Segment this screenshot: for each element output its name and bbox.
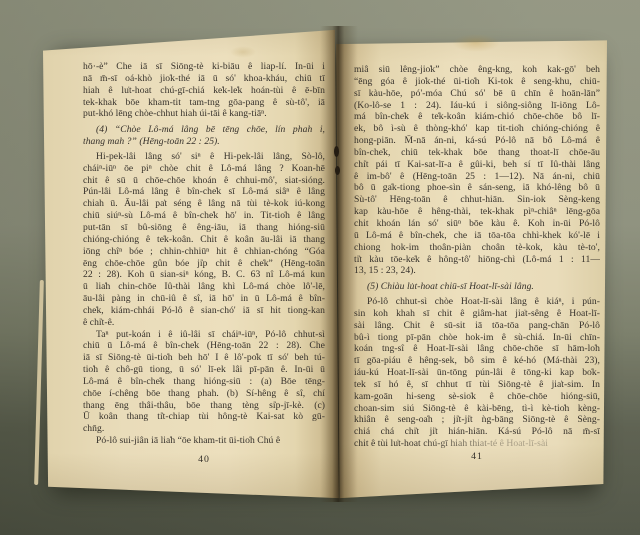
text-line: 22 : 28). Koh ū sian-siⁿ kóng, B. C. 63 … — [83, 269, 325, 281]
text-line: (5) Chiàu lu̍t-hoat chiū-sī Hoat-lī-sài … — [354, 281, 600, 293]
text-line: Ū koân thang ti̍t-chiap tùi hông-tè Kai-… — [83, 411, 325, 423]
text-line: chiū ū Lô-má ê bîn-che̍k (Hēng-toān 22 :… — [83, 340, 325, 352]
text-line: chióng-chióng ê te̍k-koân. Chit ê koân ā… — [83, 234, 325, 246]
text-line: tī gōa-piáu ê hêng-sek, bô sim ê ké-hó (… — [354, 355, 600, 367]
text-line: Sù-tô' Hēng-toān ê chhut-hiān. Sin-iok S… — [354, 194, 600, 206]
right-page-number: 41 — [354, 451, 600, 462]
text-line: sī kàu-hōe, pó'-móa Chú só' bē ū chīn ê … — [354, 88, 600, 100]
paragraph: Taⁿ put-koán i ê iû-lâi sī cháiⁿ-iūⁿ, Pó… — [83, 329, 325, 436]
text-line: Taⁿ put-koán i ê iû-lâi sī cháiⁿ-iūⁿ, Pó… — [83, 329, 325, 341]
text-line: bû-ì tiong pī-pān chòe hok-im ê sù-chiá.… — [354, 332, 600, 344]
text-line: kap kàu-hōe ê hêng-thài, tek-khak pìⁿ-ch… — [354, 206, 600, 218]
text-line: ēng chōe-chōe gûn bóe ji̍p chit ê che̍k”… — [83, 258, 325, 270]
text-line: tio̍h ê chô-gū tiong, ū só' lī-ek lâi pī… — [83, 364, 325, 376]
text-line: “ēng góa ê jio̍k-thé ūi-tio̍h Ki-tok ê s… — [354, 76, 600, 88]
left-page: hō·-è” Che iā sī Siōng-tè ki-biāu ê liap… — [40, 28, 340, 500]
paragraph: miâ siū lêng-jio̍k” chòe êng-kng, koh ka… — [354, 64, 600, 277]
text-line: choan-sim siú Siōng-tè ê kài-bēng, tì-ì … — [354, 403, 600, 415]
text-line: Pó-lô chhut-sì chòe Hoat-lī-sài lâng ê k… — [354, 296, 600, 308]
text-line: Lô-má ê bîn-che̍k thang hióng-siū : (a) … — [83, 376, 325, 388]
text-line: put-tān sī bû-siōng ê êng-iāu, iā thang … — [83, 222, 325, 234]
text-line: bîn-che̍k, chiū tek-khak bōe thang thoat… — [354, 147, 600, 159]
text-line: tek-khak bōe kham-tit tam-tng gōa-pang ê… — [83, 97, 325, 109]
text-line: (Ko-lô-se 1 : 24). Iáu-kú i siông-siông … — [354, 100, 600, 112]
text-line: put-khó lēng chòe-chhut hiah úi-tāi ê ka… — [83, 108, 325, 120]
left-page-number: 40 — [83, 454, 325, 465]
page-stain — [230, 46, 256, 58]
text-line: khiân ê seng-oa̍h ; ji̍t-ji̍t ǹg-bāng Si… — [354, 414, 600, 426]
text-line: che̍k, kiám-chhái Pó-lô ê sian-chó' iā s… — [83, 305, 325, 317]
text-line: hiah ê lu̍t-hoat chú-gī-chiá ke̍k-le̍k h… — [83, 85, 325, 97]
section-heading: (4) “Chòe Lô-má lâng bē tēng chōe, lín p… — [83, 124, 325, 148]
text-line: āu-lâi pàng in chū-iû ê sî, iā hō' in ū … — [83, 293, 325, 305]
text-line: sài lâng. Chit ê sū-sit iā tōa-tōa pang-… — [354, 320, 600, 332]
text-line: thang mah ?” (Hēng-toān 22 : 25). — [83, 136, 325, 148]
text-line: Pó-lô sui-jiân iā lia̍h “ōe kham-tit ūi-… — [83, 435, 325, 447]
text-line: 13, 15 : 23, 24). — [354, 265, 600, 277]
text-line: ū lia̍h chin-chōe Iû-thài lâng khì Lô-má… — [83, 281, 325, 293]
text-line: nā m̄-sī oá-khò jio̍k-thé iā ū só' khoa-… — [83, 73, 325, 85]
text-line: Pún-lâi Lô-má lâng ê bîn-che̍k sī Lô-má … — [83, 186, 325, 198]
text-line: chiong hok-im thoân-piàn choân tè-kok, k… — [354, 242, 600, 254]
text-line: chit khoán lán só' siūⁿ bōe kàu ê. Koh i… — [354, 218, 600, 230]
text-line: iōng chîⁿ bóe ; chhin-chhiūⁿ hit ê chhia… — [83, 246, 325, 258]
text-line: tek sī hó ê, sī chhut tī tùi Siōng-tè ê … — [354, 379, 600, 391]
text-line: ek, bô ì-sù ê thòng-khó' kap tit-tio̍h c… — [354, 123, 600, 135]
text-line: chit ê sū ū chōe-chōe khoán ê chhui-mô',… — [83, 175, 325, 187]
text-line: ê chi̍t-ê. — [83, 317, 325, 329]
right-page: miâ siū lêng-jio̍k” chòe êng-kng, koh ka… — [334, 30, 612, 500]
text-line: Hi-pek-lâi lâng só' siⁿ ê Hi-pek-lâi lân… — [83, 151, 325, 163]
text-line: cháiⁿ-iūⁿ ōe piⁿ chòe chit ê Lô-má lâng … — [83, 163, 325, 175]
text-line: má bîn-che̍k ê te̍k-koân kiám-chió chōe-… — [354, 111, 600, 123]
page-stain — [452, 34, 500, 52]
text-line: bô ū ga̍k-tiong phoe-sìn ê sán-seng, iā … — [354, 182, 600, 194]
paragraph: hō·-è” Che iā sī Siōng-tè ki-biāu ê liap… — [83, 61, 325, 120]
section-heading: (5) Chiàu lu̍t-hoat chiū-sī Hoat-lī-sài … — [354, 281, 600, 293]
text-line: chiū siúⁿ-sù Lô-má ê bîn-che̍k hō' in. T… — [83, 210, 325, 222]
text-line: sin koh khah sī chit ê giâm-hat jia̍t-sê… — [354, 308, 600, 320]
text-line: chiá chá chi̍t ji̍t hián-hiān. Ká-sú Pó-… — [354, 426, 600, 438]
text-line: iā sī Siōng-tè ūi-tio̍h beh hō' I ê lô'-… — [83, 352, 325, 364]
text-line: thang ēng thâi-thâu, bōe thang tèng si̍p… — [83, 400, 325, 412]
text-line: ū Lô-má ê bîn-che̍k, che iā tōa-tōa chhì… — [354, 230, 600, 242]
text-line: iáu-kú Hoat-lī-sài ūn-tōng pún-lâi ê tōn… — [354, 367, 600, 379]
text-line: (4) “Chòe Lô-má lâng bē tēng chōe, lín p… — [83, 124, 325, 136]
right-page-text: miâ siū lêng-jio̍k” chòe êng-kng, koh ka… — [354, 64, 600, 450]
text-line: chit ê tùi lu̍t-hoat chú-gī hiah thiat-t… — [354, 438, 600, 450]
text-line: ti̍t kàu tōe-ke̍k ê hông-tô' hiōng-chì (… — [354, 254, 600, 266]
paragraph: Hi-pek-lâi lâng só' siⁿ ê Hi-pek-lâi lân… — [83, 151, 325, 329]
paragraph: Pó-lô chhut-sì chòe Hoat-lī-sài lâng ê k… — [354, 296, 600, 450]
text-line: ê im-bô' ê (Hēng-toān 25 : 1—12). Nā án-… — [354, 171, 600, 183]
text-line: hong-piān. M̄-nā án-ni, ká-sú Pó-lô nā b… — [354, 135, 600, 147]
text-line: koán tng-sî ê Hoat-lī-sài lâng chōe-chōe… — [354, 343, 600, 355]
text-line: chn̄g. — [83, 423, 325, 435]
paragraph: Pó-lô sui-jiân iā lia̍h “ōe kham-tit ūi-… — [83, 435, 325, 447]
book-scan: hō·-è” Che iā sī Siōng-tè ki-biāu ê liap… — [0, 0, 640, 535]
text-line: chiah ū. Āu-lâi pa̍t séng ê lâng nā tùi … — [83, 198, 325, 210]
left-page-text: hō·-è” Che iā sī Siōng-tè ki-biāu ê liap… — [83, 61, 325, 447]
text-line: kam-goān hi-seng sè-sio̍k ê chōe-chōe hi… — [354, 391, 600, 403]
text-line: hō·-è” Che iā sī Siōng-tè ki-biāu ê liap… — [83, 61, 325, 73]
text-line: chi̍t pái tī Kai-sat-lī-a ê gûi-ki, beh … — [354, 159, 600, 171]
page-stack-edge — [34, 280, 44, 485]
text-line: miâ siū lêng-jio̍k” chòe êng-kng, koh ka… — [354, 64, 600, 76]
text-line: chōe í-chêng bōe thang phah. (b) Sí-hêng… — [83, 388, 325, 400]
